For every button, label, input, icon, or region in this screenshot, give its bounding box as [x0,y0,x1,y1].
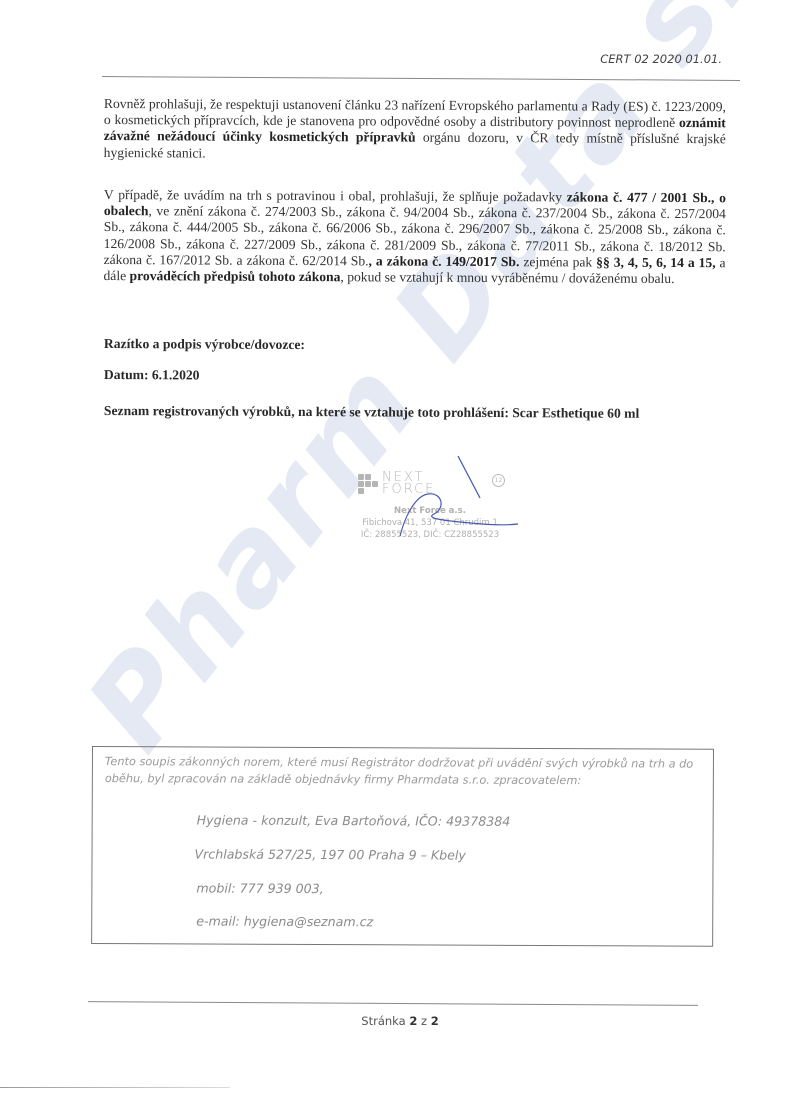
paragraph-cosmetics-declaration: Rovněž prohlašuji, že respektuji ustanov… [104,96,726,164]
page-word: Stránka [361,1014,405,1028]
paragraph-packaging-declaration: V případě, že uvádím na trh s potravinou… [103,187,726,287]
paragraph-bold-text: prováděcích předpisů tohoto zákona [130,268,341,284]
processor-email: e-mail: hygiena@seznam.cz [196,913,373,929]
processor-name: Hygiena - konzult, Eva Bartoňová, IČO: 4… [197,812,511,828]
header-divider [102,76,740,81]
info-box-intro: Tento soupis zákonných norem, které musí… [105,753,705,790]
paragraph-text: zejména pak [519,254,596,269]
processor-info-box: Tento soupis zákonných norem, které musí… [91,746,714,947]
footer-divider [88,1001,698,1006]
stamp-signature-label: Razítko a podpis výrobce/dovozce: [104,336,305,353]
processor-address: Vrchlabská 527/25, 197 00 Praha 9 – Kbel… [194,846,465,862]
registered-products-label: Seznam registrovaných výrobků, na které … [104,403,639,422]
paragraph-text: , pokud se vztahují k mnou vyráběnému / … [340,269,674,286]
page-number: Stránka 2 z 2 [0,1014,800,1028]
certificate-code: CERT 02 2020 01.01. [600,52,722,66]
paragraph-text: Rovněž prohlašuji, že respektuji ustanov… [104,96,726,130]
page-current: 2 [409,1014,417,1028]
page-total: 2 [431,1014,439,1028]
paragraph-bold-text: , a zákona č. 149/2017 Sb. [369,253,520,269]
scan-edge-line [0,1087,230,1088]
company-stamp: NEXT FORCE 12 Next Force a.s. Fibichova … [330,470,530,550]
processor-phone: mobil: 777 939 003, [196,880,323,896]
paragraph-text: V případě, že uvádím na trh s potravinou… [104,187,567,204]
paragraph-bold-text: §§ 3, 4, 5, 6, 14 a 15, [596,254,716,270]
date-label: Datum: 6.1.2020 [104,367,200,383]
page-of: z [421,1014,427,1028]
signature-icon [330,450,530,540]
